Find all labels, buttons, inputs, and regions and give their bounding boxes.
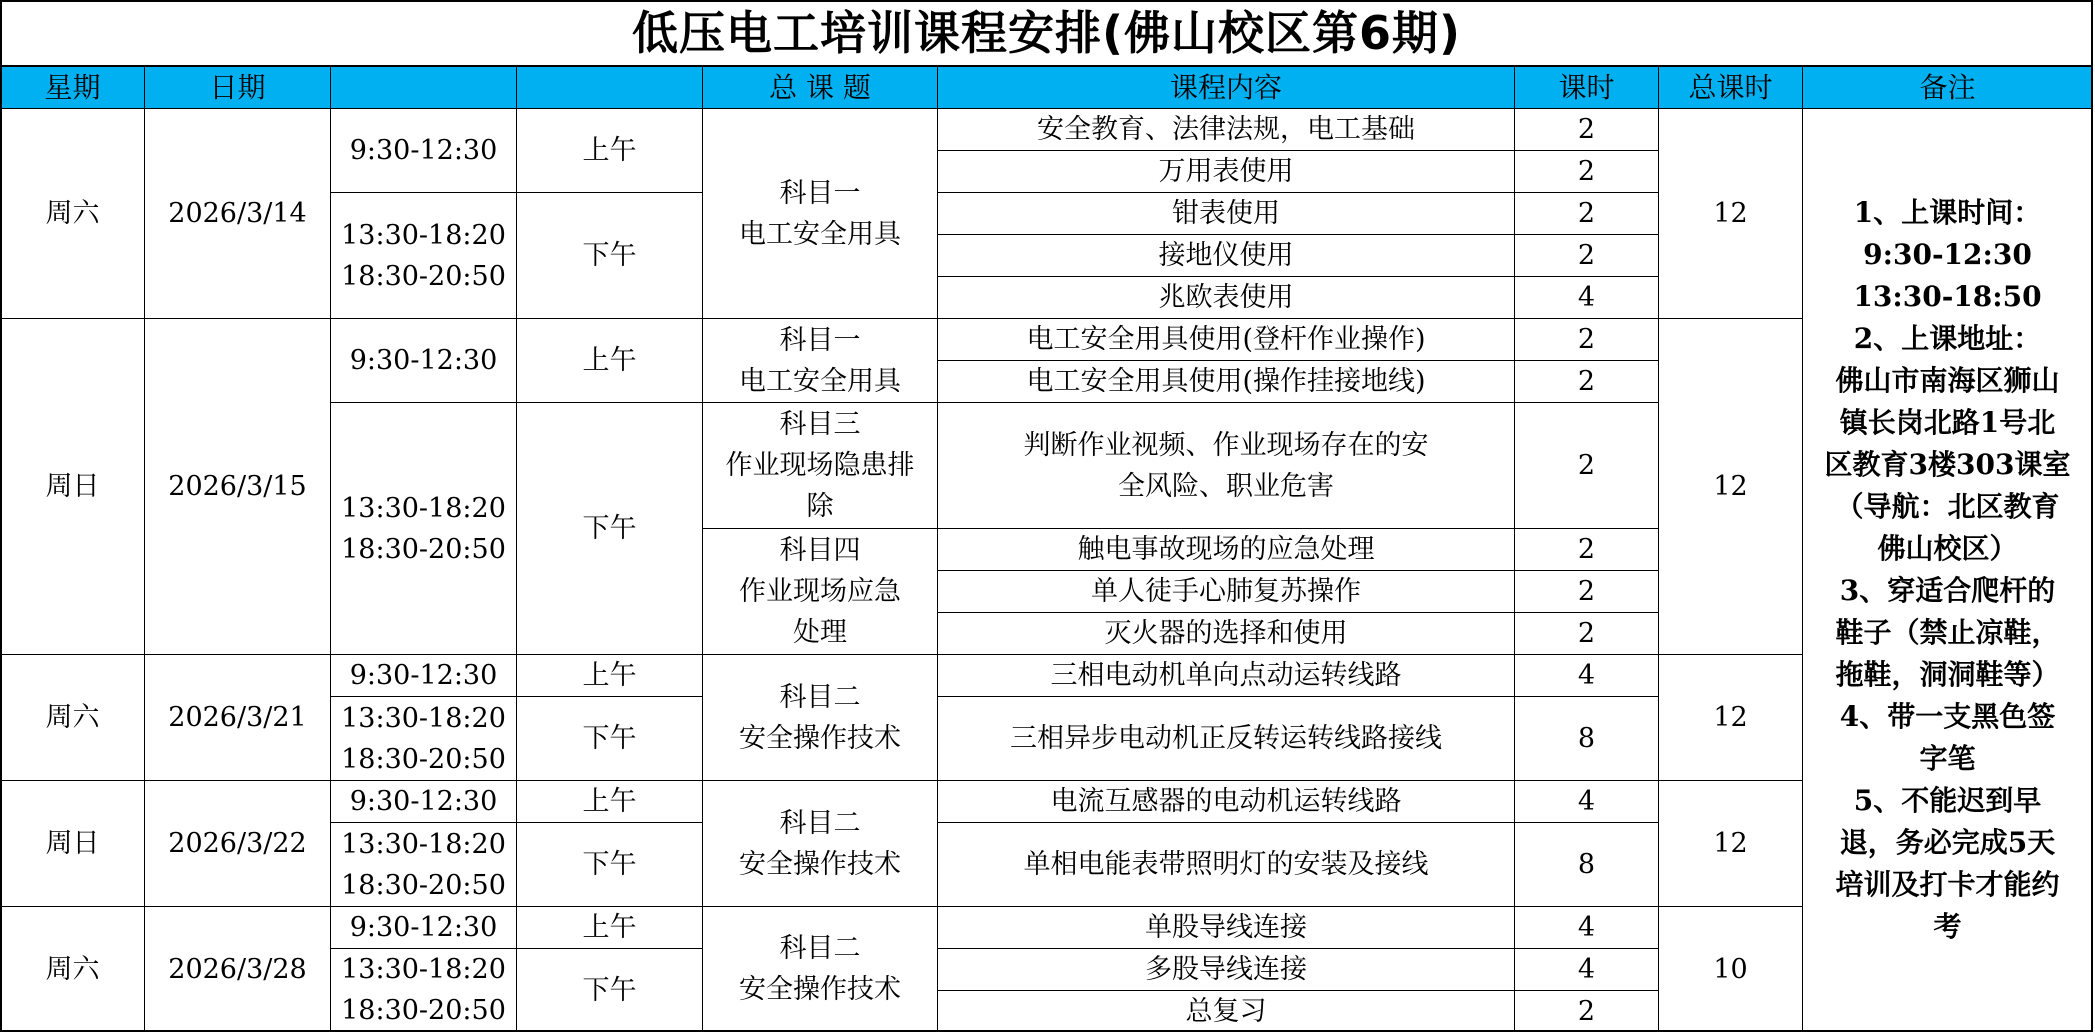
time-cell: 9:30-12:30 [330,654,517,697]
content-cell: 电工安全用具使用(登杆作业操作) [937,318,1515,361]
content-cell: 万用表使用 [937,150,1515,193]
content-cell: 安全教育、法律法规，电工基础 [937,108,1515,151]
hours-cell: 4 [1514,906,1659,949]
hours-cell: 4 [1514,276,1659,319]
content-cell: 多股导线连接 [937,948,1515,991]
total-hours-cell: 12 [1658,780,1803,907]
header-subject: 总 课 题 [702,66,938,109]
header-weekday: 星期 [0,66,145,109]
hours-cell: 4 [1514,948,1659,991]
weekday-cell: 周日 [0,318,145,655]
period-cell: 下午 [516,822,703,907]
period-cell: 下午 [516,402,703,655]
content-cell: 单股导线连接 [937,906,1515,949]
total-hours-cell: 10 [1658,906,1803,1032]
hours-cell: 2 [1514,528,1659,571]
header-hours: 课时 [1514,66,1659,109]
date-cell: 2026/3/28 [144,906,331,1032]
weekday-cell: 周六 [0,906,145,1032]
time-cell: 9:30-12:30 [330,318,517,403]
content-cell: 兆欧表使用 [937,276,1515,319]
subject-cell: 科目一 电工安全用具 [702,318,938,403]
period-cell: 上午 [516,108,703,193]
schedule-sheet: 低压电工培训课程安排(佛山校区第6期) 星期 日期 总 课 题 课程内容 课时 … [0,0,2093,1032]
header-date: 日期 [144,66,331,109]
period-cell: 下午 [516,696,703,781]
content-cell: 单相电能表带照明灯的安装及接线 [937,822,1515,907]
hours-cell: 2 [1514,192,1659,235]
subject-cell: 科目二 安全操作技术 [702,654,938,781]
time-cell: 13:30-18:20 18:30-20:50 [330,192,517,319]
period-cell: 上午 [516,318,703,403]
period-cell: 下午 [516,192,703,319]
time-cell: 13:30-18:20 18:30-20:50 [330,402,517,655]
weekday-cell: 周六 [0,108,145,319]
time-cell: 9:30-12:30 [330,780,517,823]
notes-cell: 1、上课时间： 9:30-12:30 13:30-18:50 2、上课地址： 佛… [1802,108,2093,1032]
content-cell: 电工安全用具使用(操作挂接地线) [937,360,1515,403]
period-cell: 上午 [516,906,703,949]
hours-cell: 8 [1514,696,1659,781]
period-cell: 下午 [516,948,703,1032]
date-cell: 2026/3/14 [144,108,331,319]
subject-cell: 科目四 作业现场应急 处理 [702,528,938,655]
total-hours-cell: 12 [1658,318,1803,655]
content-cell: 单人徒手心肺复苏操作 [937,570,1515,613]
hours-cell: 2 [1514,612,1659,655]
header-content: 课程内容 [937,66,1515,109]
subject-cell: 科目二 安全操作技术 [702,780,938,907]
content-cell: 判断作业视频、作业现场存在的安 全风险、职业危害 [937,402,1515,529]
time-cell: 13:30-18:20 18:30-20:50 [330,948,517,1032]
subject-cell: 科目三 作业现场隐患排 除 [702,402,938,529]
hours-cell: 4 [1514,780,1659,823]
header-notes: 备注 [1802,66,2093,109]
header-total-hours: 总课时 [1658,66,1803,109]
hours-cell: 4 [1514,654,1659,697]
subject-cell: 科目一 电工安全用具 [702,108,938,319]
hours-cell: 2 [1514,234,1659,277]
hours-cell: 2 [1514,108,1659,151]
hours-cell: 2 [1514,150,1659,193]
hours-cell: 2 [1514,318,1659,361]
time-cell: 9:30-12:30 [330,906,517,949]
period-cell: 上午 [516,780,703,823]
subject-cell: 科目二 安全操作技术 [702,906,938,1032]
content-cell: 电流互感器的电动机运转线路 [937,780,1515,823]
weekday-cell: 周日 [0,780,145,907]
date-cell: 2026/3/22 [144,780,331,907]
page-title: 低压电工培训课程安排(佛山校区第6期) [0,0,2093,67]
total-hours-cell: 12 [1658,108,1803,319]
hours-cell: 2 [1514,570,1659,613]
period-cell: 上午 [516,654,703,697]
content-cell: 总复习 [937,990,1515,1032]
hours-cell: 2 [1514,360,1659,403]
content-cell: 接地仪使用 [937,234,1515,277]
content-cell: 触电事故现场的应急处理 [937,528,1515,571]
content-cell: 灭火器的选择和使用 [937,612,1515,655]
time-cell: 13:30-18:20 18:30-20:50 [330,822,517,907]
hours-cell: 2 [1514,990,1659,1032]
time-cell: 9:30-12:30 [330,108,517,193]
content-cell: 三相异步电动机正反转运转线路接线 [937,696,1515,781]
content-cell: 钳表使用 [937,192,1515,235]
hours-cell: 8 [1514,822,1659,907]
date-cell: 2026/3/15 [144,318,331,655]
time-cell: 13:30-18:20 18:30-20:50 [330,696,517,781]
hours-cell: 2 [1514,402,1659,529]
date-cell: 2026/3/21 [144,654,331,781]
header-time [330,66,517,109]
total-hours-cell: 12 [1658,654,1803,781]
weekday-cell: 周六 [0,654,145,781]
header-period [516,66,703,109]
content-cell: 三相电动机单向点动运转线路 [937,654,1515,697]
